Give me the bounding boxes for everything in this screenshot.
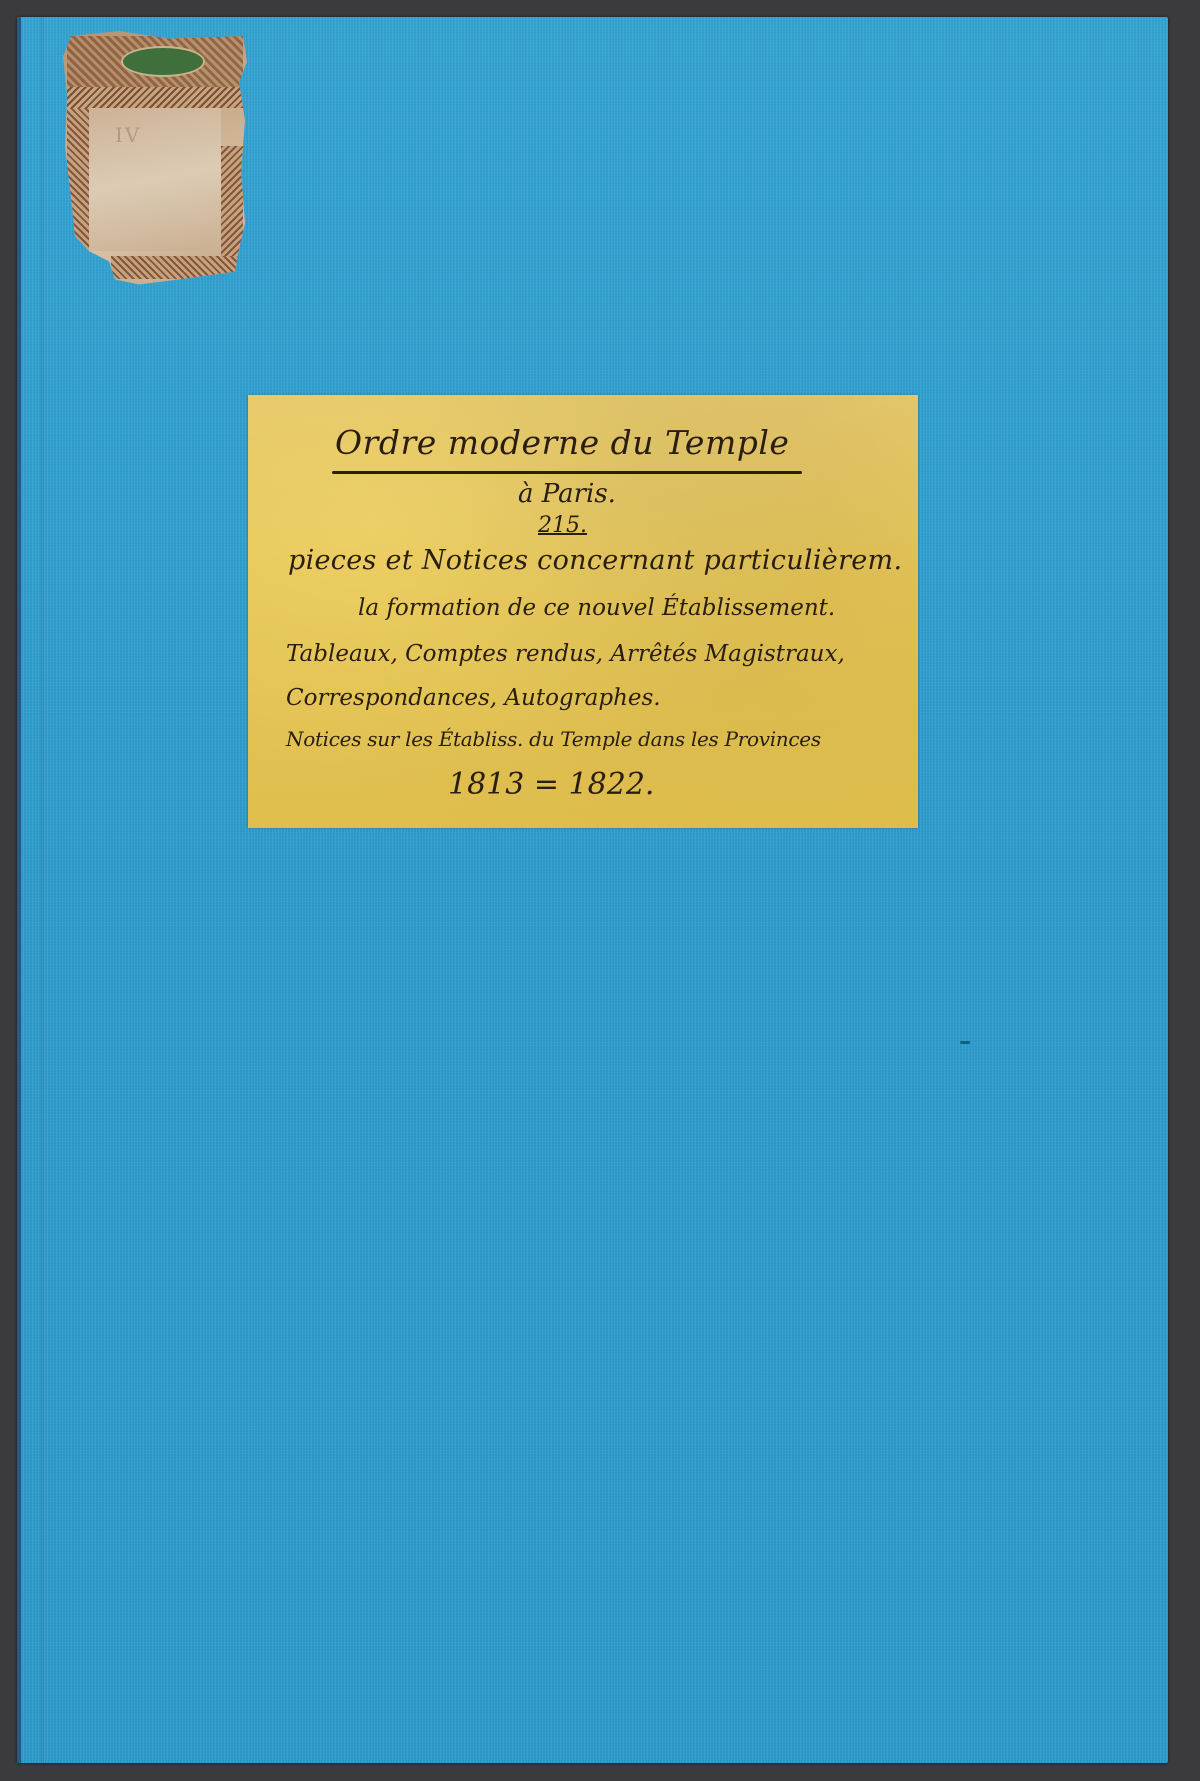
label-description-line: Correspondances, Autographes. [286, 685, 661, 711]
label-description-line: Notices sur les Établiss. du Temple dans… [286, 727, 821, 751]
label-number: 215. [538, 513, 587, 538]
label-date-range: 1813 = 1822. [448, 767, 654, 802]
bookplate-green-oval [121, 46, 205, 77]
bookplate-faded-text: IV [115, 123, 141, 147]
label-city: à Paris. [518, 479, 616, 509]
bookplate-sticker: IV [59, 31, 259, 287]
folder-cover: IV [17, 17, 1168, 1763]
label-description-line: pieces et Notices concernant particulièr… [288, 545, 902, 576]
bookplate-ornament-left [67, 108, 89, 262]
scanned-document: IV Ordre moderne du Temple à Paris. 215.… [0, 0, 1200, 1781]
cover-hinge-line [41, 17, 44, 1763]
cover-spine-edge [17, 17, 21, 1763]
handwritten-label: Ordre moderne du Temple à Paris. 215. pi… [248, 395, 918, 828]
bookplate-ornament-right [221, 146, 243, 261]
bookplate-ornament-bottom [111, 256, 243, 279]
label-description-line: la formation de ce nouvel Établissement. [358, 595, 835, 621]
label-description-line: Tableaux, Comptes rendus, Arrêtés Magist… [286, 641, 845, 667]
cover-blemish [960, 1041, 970, 1044]
bookplate-inner-panel [89, 108, 221, 251]
label-title: Ordre moderne du Temple [335, 423, 789, 462]
bookplate-ornament-band [67, 87, 243, 107]
label-title-underline [332, 471, 802, 474]
